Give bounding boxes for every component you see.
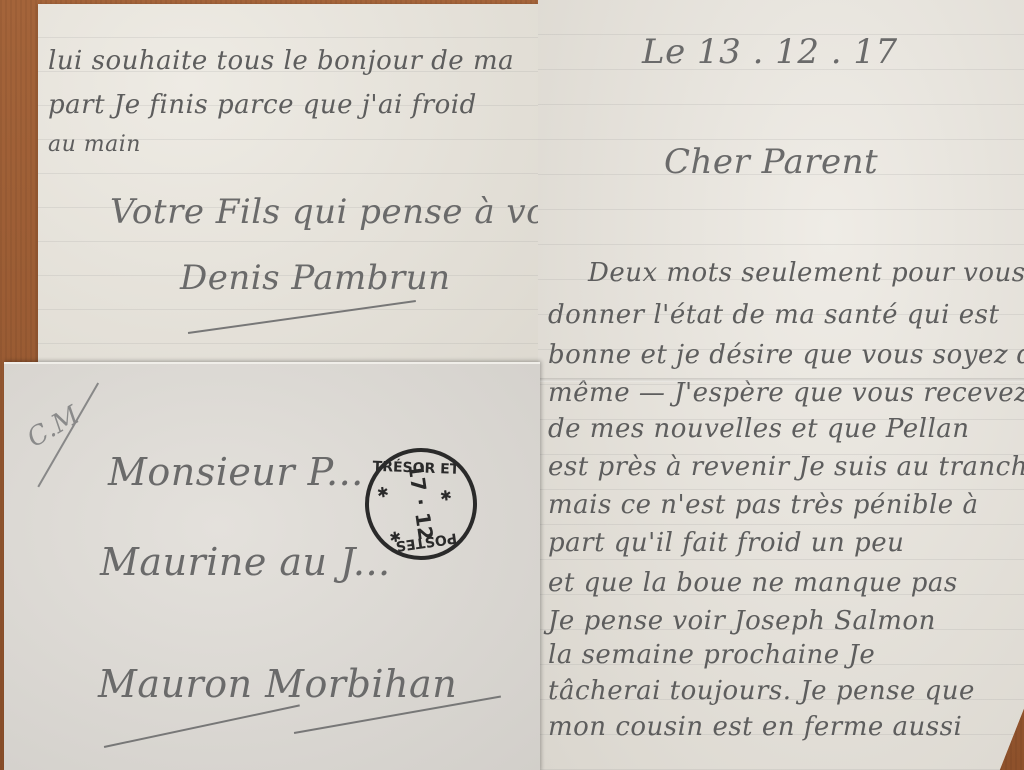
letter-line: tâcherai toujours. Je pense que [548,676,975,706]
letter-line: Je pense voir Joseph Salmon [548,606,936,636]
letter-line: bonne et je désire que vous soyez de [548,340,1024,370]
letter-line: lui souhaite tous le bonjour de ma [48,46,514,76]
salutation: Cher Parent [664,142,878,182]
letter-page-left: lui souhaite tous le bonjour de ma part … [38,4,540,404]
signature: Denis Pambrun [180,258,451,298]
closing-line: Votre Fils qui pense à vous [110,192,587,232]
letter-date: Le 13 . 12 . 17 [642,32,898,72]
address-underline [104,704,300,747]
corner-mark: C.M [22,400,85,454]
letter-line: est près à revenir Je suis au tranchée [548,452,1024,482]
letter-line: part Je finis parce que j'ai froid [48,90,477,120]
letter-line: au main [48,132,141,157]
letter-line: mon cousin est en ferme aussi [548,712,962,742]
address-line: Mauron Morbihan [98,662,457,706]
letter-line: de mes nouvelles et que Pellan [548,414,970,444]
envelope: C.M Monsieur P... Maurine au J... Mauron… [4,362,540,770]
address-line: Monsieur P... [108,450,364,494]
address-line: Maurine au J... [100,540,391,584]
star-icon: ✱ [376,484,390,501]
letter-line: et que la boue ne manque pas [548,568,958,598]
signature-flourish [188,300,416,333]
letter-page-right: Le 13 . 12 . 17 Cher Parent Deux mots se… [538,0,1024,770]
letter-line: mais ce n'est pas très pénible à [548,490,978,520]
letter-line: la semaine prochaine Je [548,640,875,670]
letter-line: donner l'état de ma santé qui est [548,300,999,330]
paper-fold [538,378,1024,382]
letter-line: même — J'espère que vous recevez [548,378,1024,408]
star-icon: ✱ [388,529,402,546]
letter-line: part qu'il fait froid un peu [548,528,904,558]
star-icon: ✱ [439,488,453,505]
letter-line: Deux mots seulement pour vous [588,258,1024,288]
